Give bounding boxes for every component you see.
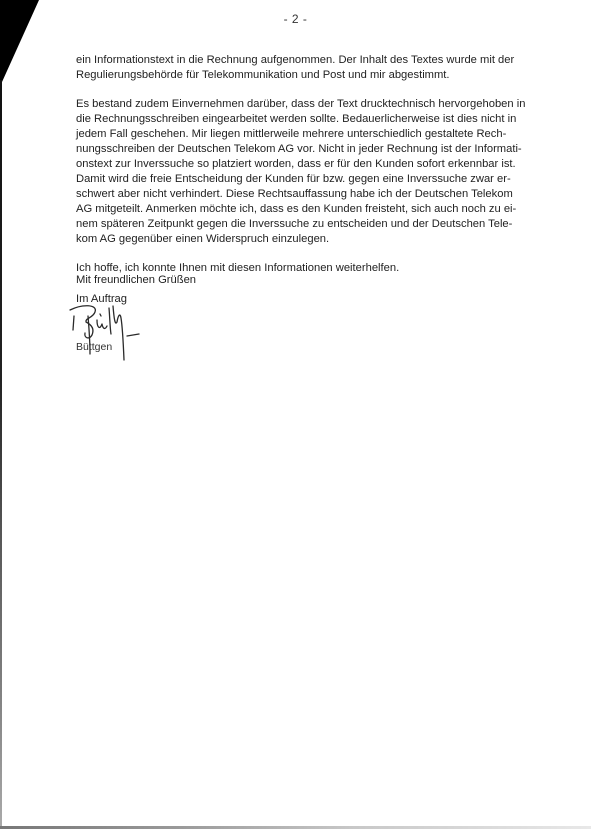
text-line: nungsschreiben der Deutschen Telekom AG … [76,142,556,157]
page-number: - 2 - [0,12,591,26]
scan-left-edge [0,80,2,829]
text-line: Damit wird die freie Entscheidung der Ku… [76,172,556,187]
text-line: onstext zur Inverssuche so platziert wor… [76,157,556,172]
letter-body: ein Informationstext in die Rechnung auf… [76,53,556,290]
handwritten-signature-icon [68,302,188,372]
text-line: schwert aber nicht verhindert. Diese Rec… [76,187,556,202]
text-line: jedem Fall geschehen. Mir liegen mittler… [76,127,556,142]
paragraph-2: Es bestand zudem Einvernehmen darüber, d… [76,97,556,247]
text-line: Es bestand zudem Einvernehmen darüber, d… [76,97,556,112]
text-line: die Rechnungsschreiben eingearbeitet wer… [76,112,556,127]
salutation: Mit freundlichen Grüßen [76,271,196,290]
text-line: AG mitgeteilt. Anmerken möchte ich, dass… [76,202,556,217]
text-line: kom AG gegenüber einen Widerspruch einzu… [76,232,556,247]
signer-name: Büttgen [76,341,112,353]
text-line: Regulierungsbehörde für Telekommunikatio… [76,68,556,83]
paragraph-1: ein Informationstext in die Rechnung auf… [76,53,556,83]
text-line: nem späteren Zeitpunkt gegen die Inverss… [76,217,556,232]
text-line: ein Informationstext in die Rechnung auf… [76,53,556,68]
